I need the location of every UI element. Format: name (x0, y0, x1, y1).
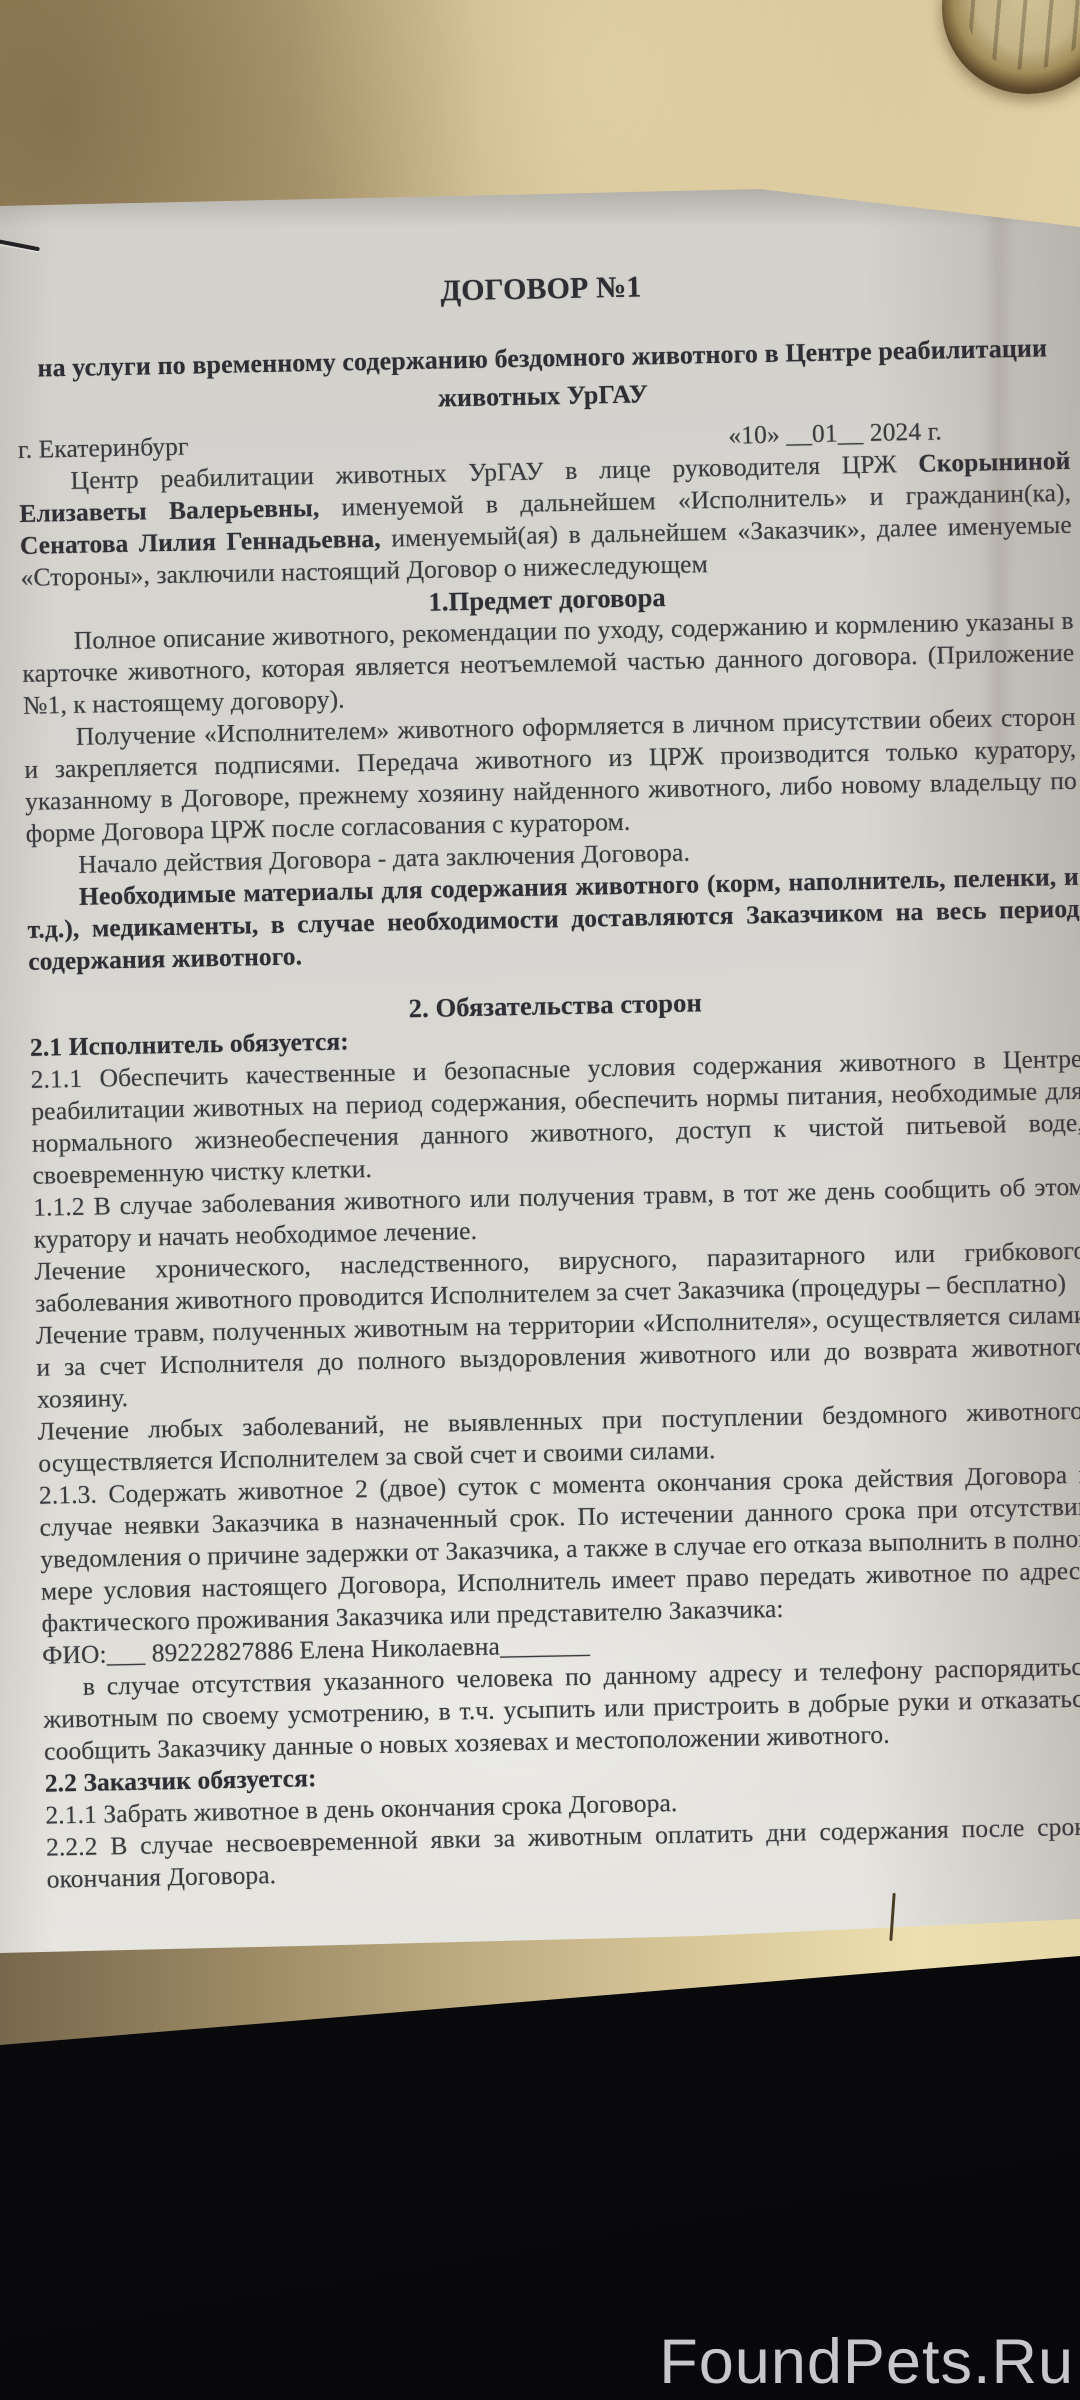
photo-vignette (0, 0, 1080, 2400)
photo-background: ДОГОВОР №1 на услуги по временному содер… (0, 0, 1080, 2400)
watermark-label: FoundPets.Ru (659, 2326, 1074, 2398)
